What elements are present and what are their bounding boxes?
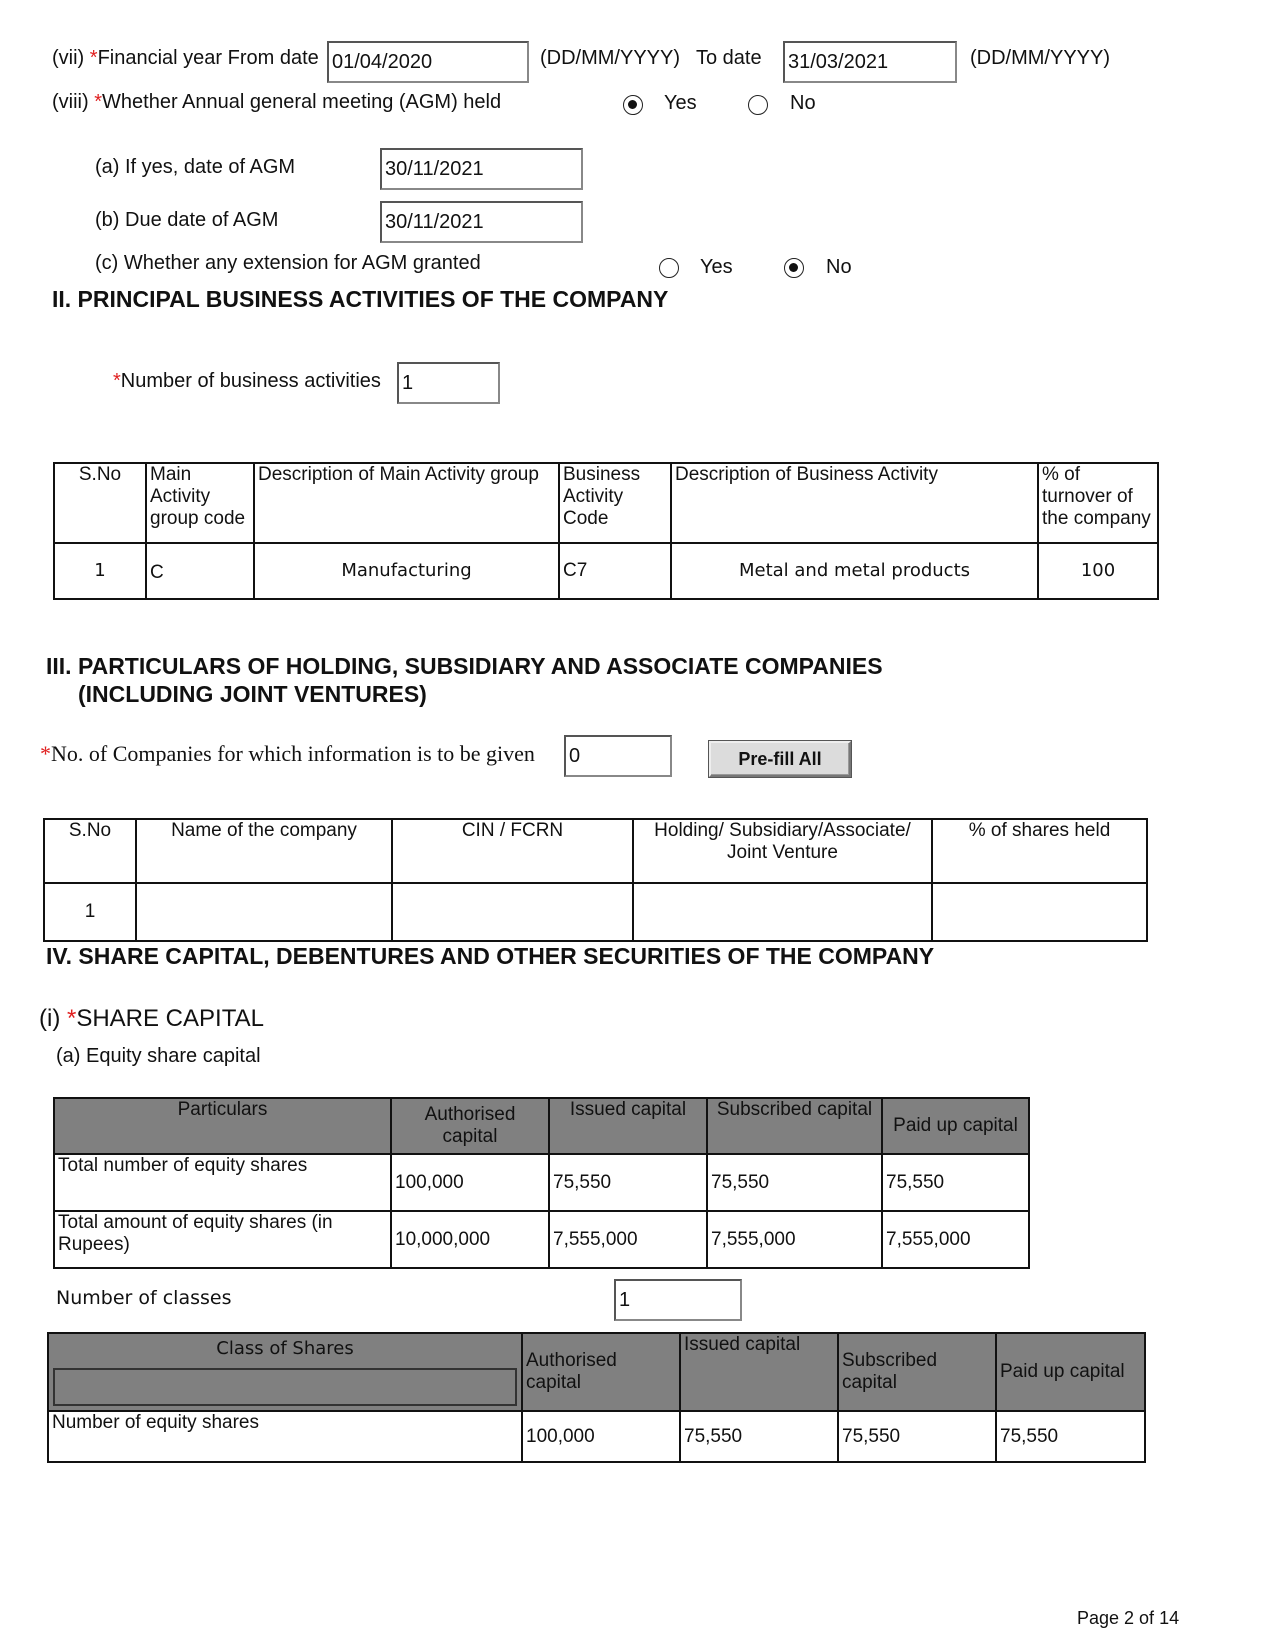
cell-subscribed[interactable]: 75,550 xyxy=(707,1154,882,1211)
extension-no-label: No xyxy=(826,256,852,279)
col-paid-up: Paid up capital xyxy=(882,1098,1029,1154)
cell-authorised[interactable]: 100,000 xyxy=(391,1154,549,1211)
item-number: (viii) xyxy=(52,91,94,113)
col-issued: Issued capital xyxy=(549,1098,707,1154)
cell-subscribed[interactable]: 75,550 xyxy=(838,1411,996,1462)
item-number: (vii) xyxy=(52,47,90,69)
class-of-shares-header: Class of Shares xyxy=(53,1338,517,1360)
cell-holding-type[interactable] xyxy=(633,883,932,941)
col-particulars: Particulars xyxy=(54,1098,391,1154)
agm-date-input[interactable]: 30/11/2021 xyxy=(380,148,583,190)
cell-subscribed[interactable]: 7,555,000 xyxy=(707,1211,882,1268)
fy-from-input[interactable]: 01/04/2020 xyxy=(327,41,529,83)
cell-cin[interactable] xyxy=(392,883,633,941)
cell-sno: 1 xyxy=(44,883,136,941)
cell-paid-up[interactable]: 75,550 xyxy=(882,1154,1029,1211)
extension-no-radio[interactable] xyxy=(784,258,804,278)
cell-turnover: 100 xyxy=(1038,543,1158,599)
to-date-label: To date xyxy=(696,47,762,70)
col-shares-held: % of shares held xyxy=(932,819,1147,883)
cell-company-name[interactable] xyxy=(136,883,392,941)
date-format-hint: (DD/MM/YYYY) xyxy=(540,47,680,70)
agm-held-yes-label: Yes xyxy=(664,92,697,115)
due-date-input[interactable]: 30/11/2021 xyxy=(380,201,583,243)
col-authorised: Authorised capital xyxy=(522,1333,680,1411)
section-iii-title: III. PARTICULARS OF HOLDING, SUBSIDIARY … xyxy=(46,653,883,680)
agm-held-no-radio[interactable] xyxy=(748,95,768,115)
table-row: 1 xyxy=(44,883,1147,941)
cell-group-code[interactable]: C xyxy=(146,543,254,599)
cell-particulars: Total amount of equity shares (in Rupees… xyxy=(54,1211,391,1268)
cell-paid-up[interactable]: 7,555,000 xyxy=(882,1211,1029,1268)
cell-shares-held[interactable] xyxy=(932,883,1147,941)
share-capital-title: SHARE CAPITAL xyxy=(76,1005,264,1032)
required-asterisk: * xyxy=(40,741,51,766)
col-class-of-shares: Class of Shares xyxy=(48,1333,522,1411)
col-sno: S.No xyxy=(44,819,136,883)
cell-issued[interactable]: 75,550 xyxy=(549,1154,707,1211)
cell-particulars: Total number of equity shares xyxy=(54,1154,391,1211)
business-count-label-text: Number of business activities xyxy=(121,370,381,392)
cell-activity-desc: Metal and metal products xyxy=(671,543,1038,599)
required-asterisk: * xyxy=(94,91,102,113)
table-row: Total amount of equity shares (in Rupees… xyxy=(54,1211,1029,1268)
col-issued: Issued capital xyxy=(680,1333,838,1411)
cell-activity-code[interactable]: C7 xyxy=(559,543,671,599)
due-date-label: (b) Due date of AGM xyxy=(95,209,278,232)
section-iv-title: IV. SHARE CAPITAL, DEBENTURES AND OTHER … xyxy=(46,943,934,970)
cell-group-desc: Manufacturing xyxy=(254,543,559,599)
cell-sno: 1 xyxy=(54,543,146,599)
col-cin: CIN / FCRN xyxy=(392,819,633,883)
required-asterisk: * xyxy=(90,47,98,69)
col-subscribed: Subscribed capital xyxy=(707,1098,882,1154)
class-of-shares-input[interactable] xyxy=(53,1368,517,1406)
number-of-classes-input[interactable]: 1 xyxy=(614,1279,742,1321)
col-holding-type: Holding/ Subsidiary/Associate/ Joint Ven… xyxy=(633,819,932,883)
required-asterisk: * xyxy=(67,1005,76,1032)
share-capital-heading: (i) *SHARE CAPITAL xyxy=(39,1005,264,1033)
cell-paid-up[interactable]: 75,550 xyxy=(996,1411,1145,1462)
companies-count-input[interactable]: 0 xyxy=(564,735,672,777)
item-number: (i) xyxy=(39,1005,67,1032)
col-company-name: Name of the company xyxy=(136,819,392,883)
equity-share-capital-table: Particulars Authorised capital Issued ca… xyxy=(53,1097,1030,1269)
number-of-classes-label: Number of classes xyxy=(56,1287,231,1309)
cell-issued[interactable]: 7,555,000 xyxy=(549,1211,707,1268)
date-format-hint-2: (DD/MM/YYYY) xyxy=(970,47,1110,70)
table-row: Number of equity shares 100,000 75,550 7… xyxy=(48,1411,1145,1462)
business-count-input[interactable]: 1 xyxy=(397,362,500,404)
cell-class-label: Number of equity shares xyxy=(48,1411,522,1462)
holding-companies-table: S.No Name of the company CIN / FCRN Hold… xyxy=(43,818,1148,942)
agm-date-label: (a) If yes, date of AGM xyxy=(95,156,295,179)
extension-yes-label: Yes xyxy=(700,256,733,279)
extension-label: (c) Whether any extension for AGM grante… xyxy=(95,252,481,275)
cell-authorised[interactable]: 10,000,000 xyxy=(391,1211,549,1268)
col-group-code: Main Activity group code xyxy=(146,463,254,543)
agm-held-label: (viii) *Whether Annual general meeting (… xyxy=(52,91,501,114)
cell-issued[interactable]: 75,550 xyxy=(680,1411,838,1462)
col-subscribed: Subscribed capital xyxy=(838,1333,996,1411)
col-turnover: % of turnover of the company xyxy=(1038,463,1158,543)
table-row: Total number of equity shares 100,000 75… xyxy=(54,1154,1029,1211)
agm-held-no-label: No xyxy=(790,92,816,115)
section-ii-title: II. PRINCIPAL BUSINESS ACTIVITIES OF THE… xyxy=(52,286,668,313)
companies-count-label-text: No. of Companies for which information i… xyxy=(51,741,535,766)
business-activities-table: S.No Main Activity group code Descriptio… xyxy=(53,462,1159,600)
agm-held-yes-radio[interactable] xyxy=(623,95,643,115)
agm-label-text: Whether Annual general meeting (AGM) hel… xyxy=(102,91,501,113)
col-activity-code: Business Activity Code xyxy=(559,463,671,543)
required-asterisk: * xyxy=(113,370,121,392)
fy-label-text: Financial year From date xyxy=(98,47,319,69)
equity-share-capital-label: (a) Equity share capital xyxy=(56,1045,261,1068)
col-activity-desc: Description of Business Activity xyxy=(671,463,1038,543)
col-authorised: Authorised capital xyxy=(391,1098,549,1154)
fy-from-label: (vii) *Financial year From date xyxy=(52,47,319,70)
table-row: 1 C Manufacturing C7 Metal and metal pro… xyxy=(54,543,1158,599)
col-sno: S.No xyxy=(54,463,146,543)
cell-authorised[interactable]: 100,000 xyxy=(522,1411,680,1462)
business-count-label: *Number of business activities xyxy=(113,370,381,393)
page-number: Page 2 of 14 xyxy=(1077,1608,1179,1629)
companies-count-label: *No. of Companies for which information … xyxy=(40,741,535,767)
col-paid-up: Paid up capital xyxy=(996,1333,1145,1411)
class-of-shares-table: Class of Shares Authorised capital Issue… xyxy=(47,1332,1146,1463)
section-iii-subtitle: (INCLUDING JOINT VENTURES) xyxy=(78,681,427,708)
prefill-all-button[interactable]: Pre-fill All xyxy=(709,741,851,777)
extension-yes-radio[interactable] xyxy=(659,258,679,278)
fy-to-input[interactable]: 31/03/2021 xyxy=(783,41,957,83)
col-group-desc: Description of Main Activity group xyxy=(254,463,559,543)
